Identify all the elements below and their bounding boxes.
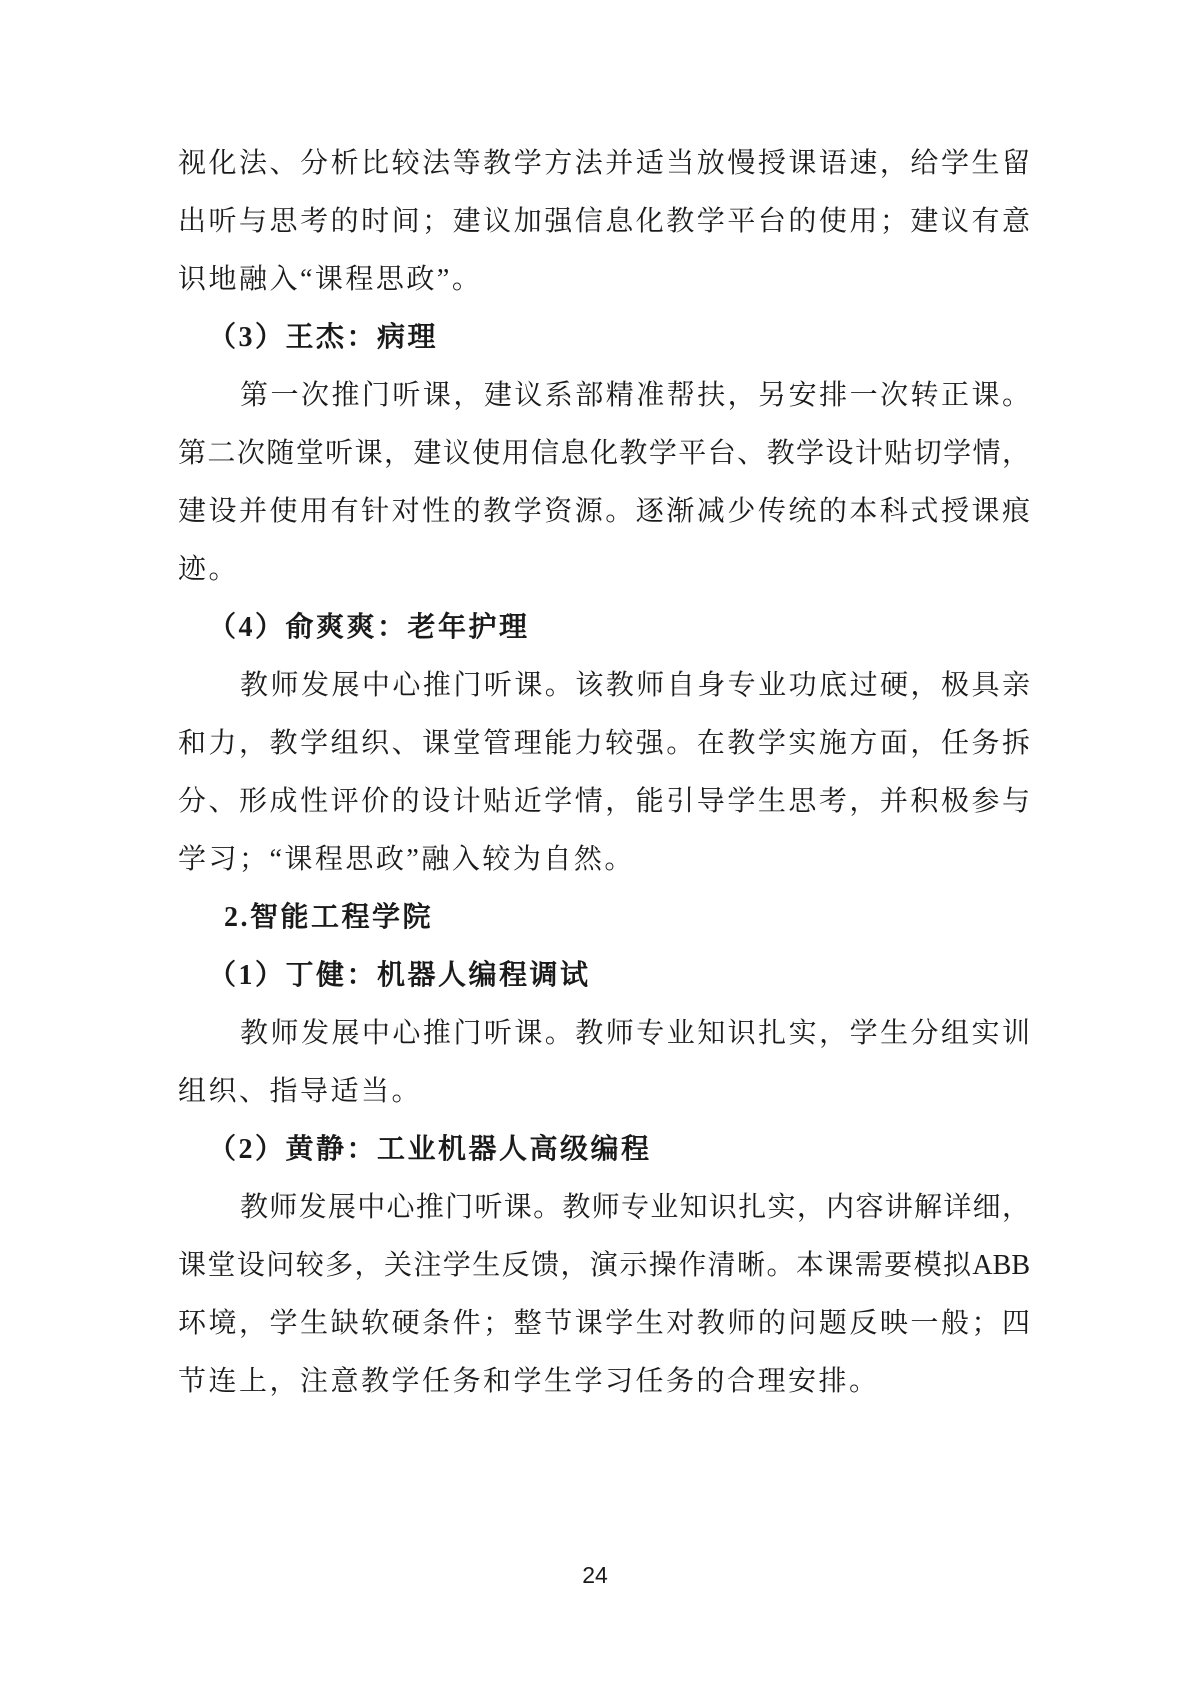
heading-wangjie: （3）王杰：病理 (178, 309, 1030, 367)
body-line: 教师发展中心推门听课。该教师自身专业功底过硬，极具亲 (178, 657, 1030, 715)
body-line: 环境，学生缺软硬条件；整节课学生对教师的问题反映一般；四 (178, 1295, 1030, 1353)
body-line: 教师发展中心推门听课。教师专业知识扎实，学生分组实训 (178, 1005, 1030, 1063)
body-line: 和力，教学组织、课堂管理能力较强。在教学实施方面，任务拆 (178, 715, 1030, 773)
body-line: 视化法、分析比较法等教学方法并适当放慢授课语速，给学生留 (178, 135, 1030, 193)
body-line: 学习；“课程思政”融入较为自然。 (178, 831, 1030, 889)
heading-dingjian: （1）丁健：机器人编程调试 (178, 947, 1030, 1005)
heading-yushuangshuang: （4）俞爽爽：老年护理 (178, 599, 1030, 657)
document-page: 视化法、分析比较法等教学方法并适当放慢授课语速，给学生留 出听与思考的时间；建议… (0, 0, 1190, 1683)
text-column: 视化法、分析比较法等教学方法并适当放慢授课语速，给学生留 出听与思考的时间；建议… (178, 135, 1030, 1411)
body-line: 出听与思考的时间；建议加强信息化教学平台的使用；建议有意 (178, 193, 1030, 251)
body-line: 第一次推门听课，建议系部精准帮扶，另安排一次转正课。 (178, 367, 1030, 425)
body-line: 识地融入“课程思政”。 (178, 251, 1030, 309)
body-line: 教师发展中心推门听课。教师专业知识扎实，内容讲解详细， (178, 1179, 1030, 1237)
page-number: 24 (0, 1560, 1190, 1590)
body-line: 分、形成性评价的设计贴近学情，能引导学生思考，并积极参与 (178, 773, 1030, 831)
body-line: 迹。 (178, 541, 1030, 599)
body-line: 课堂设问较多，关注学生反馈，演示操作清晰。本课需要模拟ABB (178, 1237, 1030, 1295)
section-heading-intelligent-engineering: 2.智能工程学院 (178, 889, 1030, 947)
body-line: 建设并使用有针对性的教学资源。逐渐减少传统的本科式授课痕 (178, 483, 1030, 541)
body-line: 第二次随堂听课，建议使用信息化教学平台、教学设计贴切学情， (178, 425, 1030, 483)
body-line: 节连上，注意教学任务和学生学习任务的合理安排。 (178, 1353, 1030, 1411)
heading-huangjing: （2）黄静：工业机器人高级编程 (178, 1121, 1030, 1179)
body-line: 组织、指导适当。 (178, 1063, 1030, 1121)
